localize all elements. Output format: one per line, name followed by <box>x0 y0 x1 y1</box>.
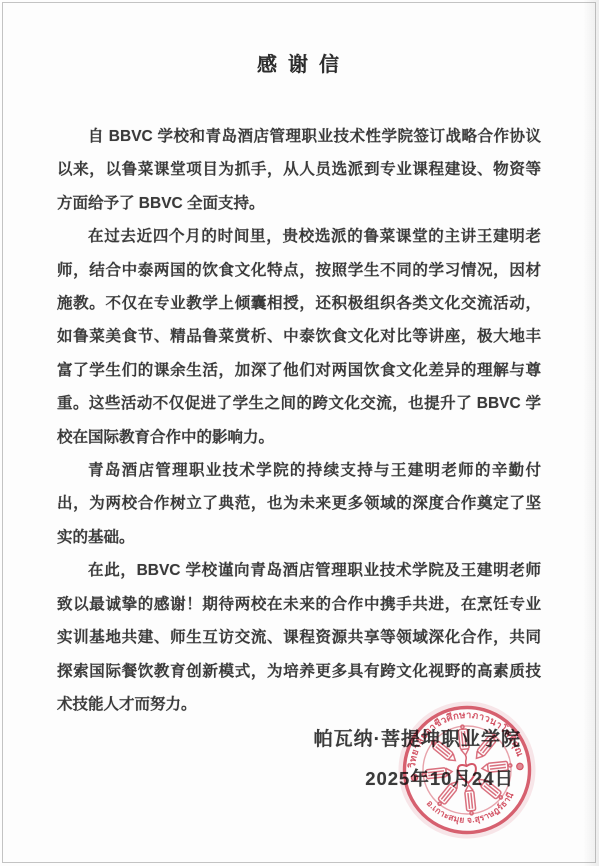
letter-line: 富了学生们的课余生活，加深了他们对两国饮食文化差异的理解与尊 <box>57 354 541 387</box>
letter-line: 实训基地共建、师生互访交流、课程资源共享等领域深化合作，共同 <box>57 621 541 654</box>
letter-line: 致以最诚挚的感谢！期待两校在未来的合作中携手共进，在烹饪专业 <box>57 588 541 621</box>
letter-body: 自 BBVC 学校和青岛酒店管理职业技术性学院签订战略合作协议 以来，以鲁菜课堂… <box>57 120 541 721</box>
letter-line: 校在国际教育合作中的影响力。 <box>57 421 541 454</box>
letter-line: 实的基础。 <box>57 521 541 554</box>
letter-line: 术技能人才而努力。 <box>57 688 541 721</box>
letter-line: 重。这些活动不仅促进了学生之间的跨文化交流，也提升了 BBVC 学 <box>57 387 541 420</box>
scan-edge-shade <box>583 0 599 866</box>
letter-line: 探索国际餐饮教育创新模式，为培养更多具有跨文化视野的高素质技 <box>57 655 541 688</box>
letter-line: 师，结合中泰两国的饮食文化特点，按照学生不同的学习情况，因材 <box>57 254 541 287</box>
signature-college-name: 帕瓦纳·菩提坤职业学院 <box>314 727 521 753</box>
letter-line: 以来，以鲁菜课堂项目为抓手，从人员选派到专业课程建设、物资等 <box>57 153 541 186</box>
letter-line: 青岛酒店管理职业技术学院的持续支持与王建明老师的辛勤付 <box>57 454 541 487</box>
letter-line: 在过去近四个月的时间里，贵校选派的鲁菜课堂的主讲王建明老 <box>57 220 541 253</box>
letter-page: 感 谢 信 自 BBVC 学校和青岛酒店管理职业技术性学院签订战略合作协议 以来… <box>0 0 599 866</box>
letter-date: 2025年10月24日 <box>365 766 514 792</box>
letter-line: 出，为两校合作树立了典范，也为未来更多领域的深度合作奠定了坚 <box>57 487 541 520</box>
letter-line: 方面给予了 BBVC 全面支持。 <box>57 187 541 220</box>
letter-line: 自 BBVC 学校和青岛酒店管理职业技术性学院签订战略合作协议 <box>57 120 541 153</box>
letter-title: 感 谢 信 <box>0 50 599 80</box>
letter-line: 施教。不仅在专业教学上倾囊相授，还积极组织各类文化交流活动， <box>57 287 541 320</box>
svg-text:อ.เกาะสมุย จ.สุราษฎร์ธานี: อ.เกาะสมุย จ.สุราษฎร์ธานี <box>424 789 518 830</box>
letter-line: 如鲁菜美食节、精品鲁菜赏析、中泰饮食文化对比等讲座，极大地丰 <box>57 320 541 353</box>
stamp-bottom-text: อ.เกาะสมุย จ.สุราษฎร์ธานี <box>424 789 518 830</box>
letter-line: 在此，BBVC 学校谨向青岛酒店管理职业技术学院及王建明老师 <box>57 554 541 587</box>
